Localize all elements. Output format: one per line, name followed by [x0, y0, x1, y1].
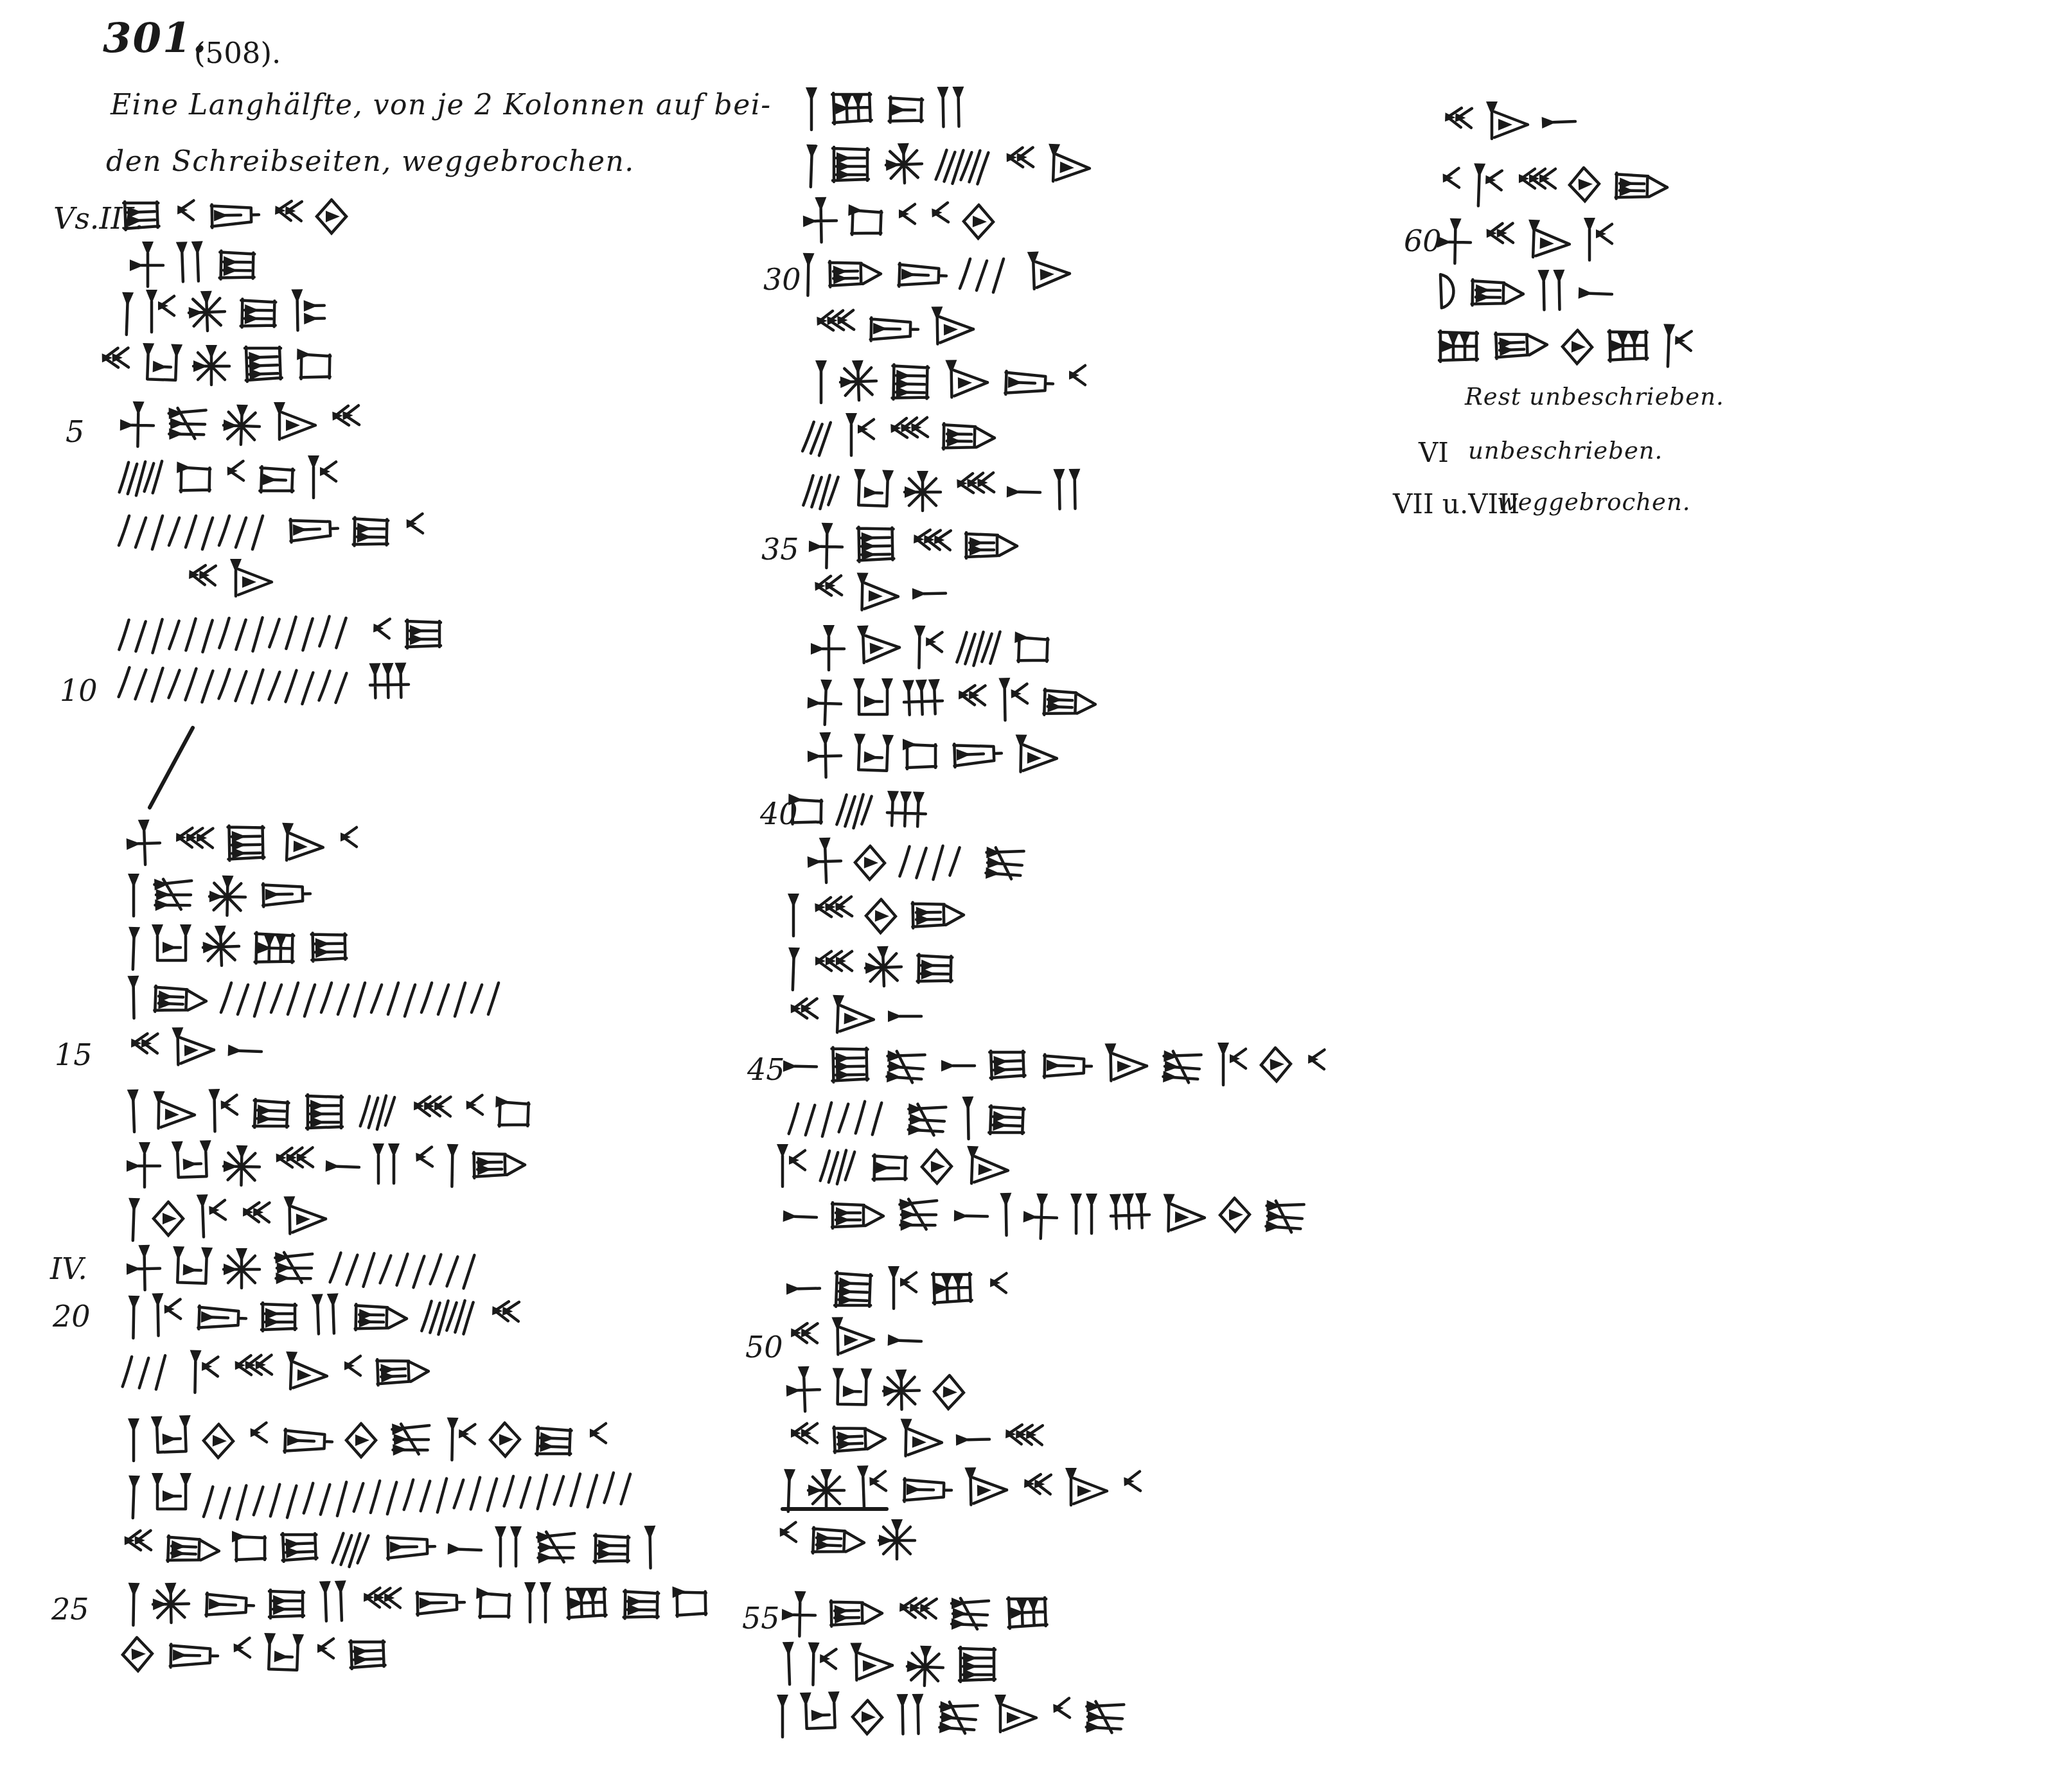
cuneiform-sign-double-winkelhaken: [96, 338, 132, 393]
cuneiform-sign-winkelhaken: [925, 192, 953, 247]
cuneiform-sign-box-sign-plain: [901, 729, 940, 783]
cuneiform-sign-horizontal-wedge: [224, 1023, 265, 1079]
cuneiform-sign-box-sign-plain: [295, 339, 334, 393]
cuneiform-sign-ladder-sign: [348, 504, 393, 559]
cuneiform-sign-vertical-with-winkelhaken: [774, 1140, 809, 1194]
cuneiform-sign-ladder-arrow-sign: [1489, 317, 1552, 373]
cuneiform-sign-vertical-with-winkelhaken: [1469, 159, 1506, 215]
cuneiform-sign-triple-winkelhaken: [170, 817, 215, 872]
cuneiform-line: [125, 971, 512, 1025]
cuneiform-sign-crossed-wedge: [806, 728, 844, 783]
cuneiform-line: [183, 554, 276, 608]
cuneiform-sign-large-arrow-sign: [828, 1311, 878, 1366]
cuneiform-sign-open-box-sign: [850, 730, 894, 785]
cuneiform-sign-horizontal-wedge: [444, 1522, 484, 1577]
cuneiform-line: [806, 675, 1099, 728]
cuneiform-sign-horizontal-wedge: [783, 1261, 822, 1316]
cuneiform-sign-winkelhaken: [1117, 1461, 1145, 1515]
cuneiform-sign-horizontal-wedge: [909, 566, 948, 621]
plate-number: 301.: [103, 14, 208, 62]
line-number-label: 10: [60, 673, 98, 708]
cuneiform-sign-horizontal-wedge: [885, 989, 924, 1043]
cuneiform-sign-crossed-wedge: [124, 815, 163, 870]
cuneiform-line: [116, 607, 446, 661]
cuneiform-sign-horizontal-wedge: [779, 1189, 820, 1244]
cuneiform-sign-open-box-sign: [150, 1469, 192, 1523]
cuneiform-sign-double-vertical-wedge: [934, 82, 968, 136]
cuneiform-sign-dense-sign-cluster: [1260, 1189, 1311, 1245]
cuneiform-sign-vertical-with-two-horizontals: [288, 285, 328, 339]
cuneiform-sign-vertical-wedge: [785, 888, 802, 942]
cuneiform-line: [119, 1521, 659, 1575]
cuneiform-sign-dense-sign-cluster: [531, 1519, 582, 1575]
cuneiform-sign-large-arrow-sign: [853, 619, 904, 675]
cuneiform-sign-double-winkelhaken: [268, 190, 306, 245]
cuneiform-sign-gridded-box-sign: [1002, 1585, 1052, 1641]
cuneiform-sign-tall-ladder-sign: [887, 355, 935, 410]
cuneiform-sign-ladder-arrow-sign: [161, 1521, 224, 1577]
cuneiform-sign-diamond-sign: [1564, 157, 1604, 212]
cuneiform-line: [803, 138, 1094, 192]
column-note-text: unbeschrieben.: [1468, 437, 1663, 464]
cuneiform-line: [784, 1262, 1010, 1316]
cuneiform-sign-vertical-wedge: [125, 1413, 142, 1467]
cuneiform-sign-box-sign-plain: [474, 1578, 514, 1633]
cuneiform-line: [125, 1577, 710, 1631]
cuneiform-sign-diamond-sign: [150, 1192, 187, 1246]
cuneiform-sign-ladder-arrow-sign: [806, 1513, 869, 1569]
cuneiform-sign-star-sign: [901, 464, 944, 518]
cuneiform-sign-ladder-arrow-sign: [1610, 159, 1671, 214]
cuneiform-line: [787, 784, 928, 838]
cuneiform-sign-box-sign-plain: [671, 1576, 710, 1630]
cuneiform-sign-dense-sign-cluster: [163, 396, 213, 450]
cuneiform-sign-double-vertical-wedge: [308, 1288, 343, 1343]
cuneiform-sign-dense-sign-cluster: [1157, 1039, 1208, 1095]
cuneiform-sign-triple-winkelhaken: [884, 407, 931, 463]
cuneiform-line: [125, 869, 313, 922]
cuneiform-sign-ladder-sign: [912, 941, 957, 996]
damage-hatching: [957, 247, 1017, 301]
cuneiform-sign-large-arrow-sign: [227, 554, 276, 608]
cuneiform-sign-vertical-wedge: [813, 355, 829, 409]
cuneiform-line: [1436, 214, 1616, 268]
cuneiform-sign-double-winkelhaken: [1480, 213, 1517, 268]
cuneiform-line: [800, 409, 998, 463]
cuneiform-sign-ladder-arrow-sign: [148, 971, 211, 1027]
cuneiform-sign-ladder-arrow-sign: [1466, 265, 1527, 321]
cuneiform-line: [116, 452, 340, 506]
cuneiform-sign-vertical-wedge: [124, 1193, 143, 1248]
cuneiform-sign-winkelhaken: [400, 504, 427, 558]
damage-hatching: [329, 1521, 373, 1576]
cuneiform-sign-dense-sign-cluster: [894, 1187, 944, 1242]
cuneiform-sign-winkelhaken: [335, 817, 360, 871]
cuneiform-sign-gridded-box-sign: [561, 1575, 612, 1631]
cuneiform-sign-horizontal-wedge: [1538, 94, 1579, 150]
cuneiform-sign-vertical-with-winkelhaken: [305, 452, 340, 506]
cuneiform-sign-box-sign-plain: [175, 452, 214, 506]
cuneiform-line: [803, 82, 968, 136]
line-number-label: Vs.III.: [53, 201, 144, 236]
cuneiform-sign-trapezoid-sign: [1037, 1039, 1094, 1094]
cuneiform-sign-winkelhaken: [584, 1413, 610, 1467]
damage-hatching: [418, 1289, 479, 1344]
cuneiform-sign-star-sign: [199, 919, 243, 974]
cuneiform-sign-vertical-wedge: [118, 287, 136, 342]
cuneiform-line: [781, 1587, 1052, 1641]
cuneiform-line: [800, 464, 1084, 518]
cuneiform-line: [125, 921, 351, 975]
cuneiform-sign-trapezoid-sign: [283, 502, 341, 558]
cuneiform-sign-trapezoid-sign: [277, 1413, 335, 1469]
cuneiform-sign-large-arrow-sign: [928, 301, 977, 355]
cuneiform-sign-open-box-sign: [829, 1364, 872, 1418]
cuneiform-line: [774, 1513, 918, 1567]
cuneiform-sign-horizontal-wedge: [322, 1139, 362, 1194]
cuneiform-sign-trapezoid-sign: [897, 1463, 954, 1518]
cuneiform-line: [781, 1039, 1328, 1093]
cuneiform-sign-trapezoid-sign: [863, 302, 921, 357]
cuneiform-sign-dense-sign-cluster: [946, 1587, 995, 1641]
cuneiform-line: [119, 1628, 390, 1682]
cuneiform-line: [116, 657, 411, 711]
cuneiform-sign-star-sign: [184, 284, 229, 339]
cuneiform-sign-vertical-with-winkelhaken: [854, 1461, 890, 1516]
cuneiform-sign-double-winkelhaken: [785, 1413, 821, 1467]
cuneiform-sign-vertical-wedge: [443, 1139, 461, 1193]
cuneiform-sign-vertical-with-winkelhaken: [843, 409, 878, 463]
cuneiform-sign-star-sign: [836, 353, 880, 409]
cuneiform-line: [1434, 319, 1695, 373]
cuneiform-sign-ladder-arrow-sign: [828, 1411, 890, 1467]
cuneiform-sign-crossed-wedge: [1021, 1189, 1060, 1244]
column-number-label: VI: [1419, 437, 1449, 468]
plate-secondary-number: (508).: [194, 36, 281, 70]
cuneiform-sign-diamond-sign: [486, 1413, 524, 1467]
cuneiform-sign-winkelhaken: [366, 608, 394, 662]
cuneiform-line: [785, 1413, 1045, 1467]
cuneiform-sign-tall-ladder-sign: [829, 1263, 878, 1319]
cuneiform-sign-double-winkelhaken: [784, 1313, 821, 1368]
cuneiform-sign-vertical-wedge: [641, 1521, 659, 1575]
cuneiform-sign-trapezoid-sign: [410, 1576, 467, 1631]
cuneiform-sign-vertical-wedge: [799, 248, 817, 302]
cuneiform-sign-dense-sign-cluster: [881, 1039, 932, 1095]
cuneiform-sign-box-sign-inner-wedge: [254, 452, 298, 507]
cuneiform-sign-vertical-with-winkelhaken: [206, 1085, 241, 1140]
cuneiform-sign-triple-winkelhaken: [407, 1086, 453, 1140]
cuneiform-line: [808, 518, 1021, 572]
damage-hatching: [118, 1343, 180, 1399]
cuneiform-sign-broken-sign-half-circle: [1433, 263, 1460, 318]
cuneiform-line: [774, 1689, 1130, 1743]
cuneiform-sign-double-winkelhaken: [784, 989, 821, 1043]
cuneiform-sign-gridded-box-sign: [1603, 318, 1652, 373]
cuneiform-sign-tall-ladder-sign: [301, 1086, 349, 1140]
cuneiform-sign-ladder-sign: [589, 1521, 634, 1576]
cuneiform-line: [125, 1413, 610, 1467]
cuneiform-line: [785, 989, 924, 1043]
cuneiform-sign-open-box-sign: [260, 1629, 305, 1684]
cuneiform-sign-ladder-sign: [344, 1627, 391, 1682]
cuneiform-sign-crossed-wedge: [810, 621, 847, 675]
cuneiform-line: [125, 1192, 330, 1246]
cuneiform-sign-winkelhaken: [221, 451, 247, 506]
cuneiform-sign-horizontal-wedge: [953, 1412, 992, 1467]
cuneiform-sign-winkelhaken: [409, 1136, 437, 1191]
line-number-label: 55: [742, 1601, 780, 1636]
cuneiform-sign-horizontal-wedge: [780, 1039, 819, 1093]
cuneiform-sign-triple-winkelhaken: [270, 1137, 315, 1192]
description-line-2: den Schreibseiten, weggebrochen.: [106, 145, 635, 178]
cuneiform-line: [781, 1638, 1002, 1692]
cuneiform-sign-open-box-sign: [797, 1688, 842, 1743]
cuneiform-sign-diamond-sign: [851, 836, 889, 890]
cuneiform-sign-dense-sign-cluster: [934, 1690, 984, 1746]
cuneiform-sign-open-box-sign: [148, 1411, 193, 1467]
cuneiform-sign-double-winkelhaken: [125, 1023, 161, 1078]
cuneiform-sign-double-vertical-wedge: [1534, 265, 1568, 319]
column-note-text: Rest unbeschrieben.: [1465, 383, 1724, 410]
cuneiform-sign-diamond-sign: [929, 1364, 968, 1420]
line-number-label: 20: [53, 1299, 91, 1334]
cuneiform-sign-dense-sign-cluster: [980, 836, 1031, 892]
cuneiform-sign-vertical-with-winkelhaken: [804, 1639, 840, 1693]
description-line-1: Eine Langhälfte, von je 2 Kolonnen auf b…: [111, 89, 772, 121]
cuneiform-sign-crossed-wedge: [805, 675, 844, 730]
cuneiform-sign-vertical-with-winkelhaken: [193, 1190, 230, 1245]
cuneiform-sign-double-vertical-wedge: [521, 1577, 554, 1631]
cuneiform-line: [806, 729, 1061, 783]
cuneiform-sign-tall-ladder-sign: [239, 337, 288, 393]
line-number-label: 35: [761, 532, 799, 567]
cuneiform-sign-gridded-box-sign: [826, 80, 877, 136]
cuneiform-sign-vertical-with-winkelhaken: [149, 1289, 184, 1344]
cuneiform-sign-diamond-sign: [342, 1413, 380, 1467]
cuneiform-sign-open-box-sign: [169, 1136, 213, 1192]
cuneiform-sign-horizontal-wedge: [1575, 266, 1615, 321]
cuneiform-sign-large-arrow-sign: [277, 818, 328, 874]
cuneiform-sign-ladder-sign: [984, 1037, 1031, 1092]
damage-hatching: [953, 620, 1005, 675]
cuneiform-sign-triple-winkelhaken: [808, 887, 855, 942]
cuneiform-sign-box-sign-plain: [493, 1086, 533, 1142]
cuneiform-sign-star-sign: [903, 1639, 947, 1694]
damage-hatching: [833, 782, 877, 837]
cuneiform-sign-trapezoid-sign: [998, 355, 1056, 411]
cuneiform-sign-star-sign: [880, 1363, 923, 1417]
cuneiform-sign-vertical-wedge: [803, 82, 820, 136]
cuneiform-sign-crossed-wedge: [801, 193, 839, 248]
line-number-label: 45: [747, 1052, 785, 1087]
cuneiform-sign-star-sign: [220, 1138, 263, 1193]
cuneiform-sign-vertical-wedge: [124, 1084, 143, 1139]
cuneiform-sign-large-arrow-sign: [1011, 729, 1061, 784]
cuneiform-sign-double-winkelhaken: [1017, 1463, 1055, 1519]
damage-hatching: [896, 834, 973, 889]
cuneiform-sign-vertical-wedge: [774, 1689, 791, 1743]
cuneiform-sign-box-sign-plain: [846, 195, 886, 250]
cuneiform-sign-winkelhaken: [227, 1628, 254, 1682]
cuneiform-sign-double-vertical-wedge: [893, 1689, 927, 1743]
cuneiform-sign-large-arrow-sign: [1023, 245, 1074, 301]
cuneiform-sign-tall-ladder-sign: [954, 1638, 1002, 1692]
cuneiform-sign-vertical-wedge: [779, 1464, 798, 1519]
cuneiform-sign-diamond-sign: [199, 1414, 237, 1469]
cuneiform-sign-ladder-arrow-sign: [824, 246, 885, 301]
line-number-label: 15: [55, 1037, 93, 1072]
damage-hatching: [815, 1138, 861, 1194]
cuneiform-sign-vertical-wedge: [997, 1188, 1014, 1242]
line-number-label: IV.: [50, 1251, 87, 1286]
cuneiform-sign-star-sign: [206, 869, 249, 923]
cuneiform-line: [774, 1140, 1012, 1194]
cuneiform-sign-double-vertical-wedge: [1050, 464, 1084, 518]
cuneiform-sign-ladder-arrow-sign: [1038, 675, 1100, 730]
cuneiform-line: [802, 194, 997, 248]
cuneiform-sign-winkelhaken: [774, 1512, 800, 1567]
cuneiform-sign-triple-winkelhaken: [810, 941, 854, 995]
line-number-label: 25: [51, 1592, 89, 1627]
damage-hatching: [932, 138, 993, 193]
cuneiform-sign-double-winkelhaken: [808, 565, 846, 621]
cuneiform-sign-large-arrow-sign: [961, 1461, 1011, 1516]
line-number-label: 50: [745, 1330, 783, 1364]
cuneiform-sign-horizontal-wedge: [939, 1039, 977, 1093]
cuneiform-sign-horizontal-wedge: [951, 1188, 990, 1243]
cuneiform-line: [810, 567, 948, 621]
cuneiform-sign-trapezoid-sign: [946, 727, 1005, 782]
cuneiform-line: [781, 1463, 1144, 1517]
cuneiform-sign-double-winkelhaken: [236, 1192, 273, 1247]
cuneiform-line: [785, 1092, 1029, 1146]
cuneiform-sign-star-sign: [876, 1513, 918, 1567]
cuneiform-sign-vertical-with-winkelhaken: [996, 674, 1031, 728]
cuneiform-sign-diamond-sign: [959, 195, 997, 249]
cuneiform-sign-double-winkelhaken: [1438, 97, 1476, 152]
cuneiform-sign-dense-sign-cluster: [269, 1240, 320, 1296]
damage-hatching: [799, 410, 836, 465]
cuneiform-sign-triple-winkelhaken: [892, 1587, 939, 1643]
cuneiform-line: [785, 888, 968, 942]
cuneiform-sign-large-arrow-sign: [1101, 1037, 1151, 1092]
cuneiform-sign-diamond-sign: [1216, 1188, 1253, 1242]
cuneiform-sign-ladder-arrow-sign: [827, 1188, 887, 1242]
damage-hatching: [355, 1084, 401, 1139]
line-number-label: 5: [66, 414, 84, 449]
cuneiform-sign-large-arrow-sign: [168, 1021, 218, 1076]
cuneiform-line: [125, 1138, 529, 1192]
cuneiform-sign-horizontal-wedge: [884, 1313, 925, 1368]
cuneiform-sign-large-arrow-sign: [896, 1413, 946, 1468]
cuneiform-sign-diamond-sign: [313, 190, 350, 243]
cuneiform-line: [125, 1242, 488, 1296]
cuneiform-sign-vertical-wedge: [959, 1091, 977, 1145]
cuneiform-sign-diamond-sign: [848, 1690, 886, 1745]
cuneiform-sign-large-arrow-sign: [270, 397, 319, 451]
cuneiform-sign-winkelhaken: [984, 1263, 1010, 1318]
cuneiform-sign-box-sign-inner-wedge: [883, 82, 926, 137]
line-number-label: 40: [760, 797, 798, 831]
cuneiform-line: [119, 1346, 432, 1400]
cuneiform-line: [813, 355, 1089, 409]
damage-hatching: [784, 1089, 897, 1147]
cuneiform-sign-star-sign: [219, 398, 263, 453]
cuneiform-sign-diamond-sign: [917, 1140, 955, 1194]
cuneiform-sign-winkelhaken: [1047, 1688, 1074, 1742]
cuneiform-sign-ladder-sign: [276, 1519, 323, 1575]
cuneiform-sign-triple-winkelhaken: [1513, 159, 1558, 213]
cuneiform-sign-large-arrow-sign: [853, 567, 902, 622]
cuneiform-sign-large-arrow-sign: [991, 1689, 1040, 1743]
cuneiform-sign-crossed-wedge: [128, 238, 166, 292]
cuneiform-sign-winkelhaken: [244, 1413, 270, 1467]
cuneiform-sign-trapezoid-sign: [204, 188, 261, 243]
cuneiform-sign-winkelhaken: [460, 1085, 486, 1140]
cuneiform-sign-crossed-wedge: [125, 1138, 163, 1192]
cuneiform-sign-large-arrow-sign: [1159, 1188, 1209, 1243]
cuneiform-sign-large-arrow-sign: [281, 1346, 332, 1402]
damage-hatching: [115, 604, 360, 663]
cuneiform-sign-tall-ladder-sign: [828, 138, 875, 192]
cuneiform-sign-diamond-sign: [862, 889, 899, 944]
cuneiform-sign-ladder-sign: [306, 919, 351, 974]
cuneiform-line: [1437, 159, 1671, 213]
cuneiform-sign-triple-vertical-with-bar: [883, 784, 929, 840]
cuneiform-line: [119, 286, 328, 340]
cuneiform-sign-tall-ladder-sign: [826, 1037, 874, 1092]
cuneiform-sign-winkelhaken: [339, 1346, 364, 1400]
cuneiform-sign-large-arrow-sign: [1523, 215, 1574, 270]
cuneiform-line: [96, 339, 334, 393]
cuneiform-sign-open-box-sign: [851, 675, 894, 728]
cuneiform-sign-ladder-sign: [618, 1577, 664, 1632]
cuneiform-sign-ladder-sign: [264, 1577, 309, 1631]
cuneiform-sign-large-arrow-sign: [1043, 139, 1094, 195]
cuneiform-sign-large-arrow-sign: [828, 990, 878, 1046]
cuneiform-sign-large-arrow-sign: [280, 1190, 330, 1245]
cuneiform-sign-vertical-with-winkelhaken: [885, 1262, 920, 1316]
cuneiform-sign-star-sign: [190, 339, 233, 393]
cuneiform-sign-ladder-arrow-sign: [961, 518, 1021, 572]
cuneiform-sign-star-sign: [861, 939, 905, 994]
cuneiform-sign-winkelhaken: [312, 1628, 337, 1682]
cuneiform-sign-triple-winkelhaken: [950, 463, 997, 518]
cuneiform-line: [785, 941, 957, 995]
cuneiform-sign-triple-winkelhaken: [998, 1414, 1045, 1469]
cuneiform-sign-vertical-wedge: [124, 1470, 143, 1525]
cuneiform-sign-double-vertical-wedge: [369, 1138, 403, 1192]
damage-hatching: [799, 463, 844, 518]
cuneiform-sign-double-vertical-wedge: [315, 1575, 351, 1630]
cuneiform-line: [119, 190, 350, 243]
cuneiform-sign-vertical-wedge: [125, 869, 142, 922]
cuneiform-sign-triple-winkelhaken: [810, 300, 857, 355]
cuneiform-sign-vertical-wedge: [125, 1578, 142, 1632]
cuneiform-sign-gridded-box-sign: [1434, 319, 1483, 373]
cuneiform-line: [810, 621, 1052, 675]
cuneiform-sign-vertical-wedge: [125, 971, 142, 1025]
cuneiform-line: [1439, 96, 1578, 150]
cuneiform-sign-vertical-wedge: [802, 139, 820, 194]
cuneiform-sign-winkelhaken: [893, 194, 919, 248]
cuneiform-sign-star-sign: [881, 136, 926, 191]
cuneiform-sign-double-vertical-wedge: [491, 1521, 525, 1575]
cuneiform-sign-triple-vertical-with-bar: [1107, 1187, 1153, 1242]
cuneiform-sign-crossed-wedge: [125, 1241, 163, 1296]
cuneiform-line: [125, 1086, 533, 1140]
